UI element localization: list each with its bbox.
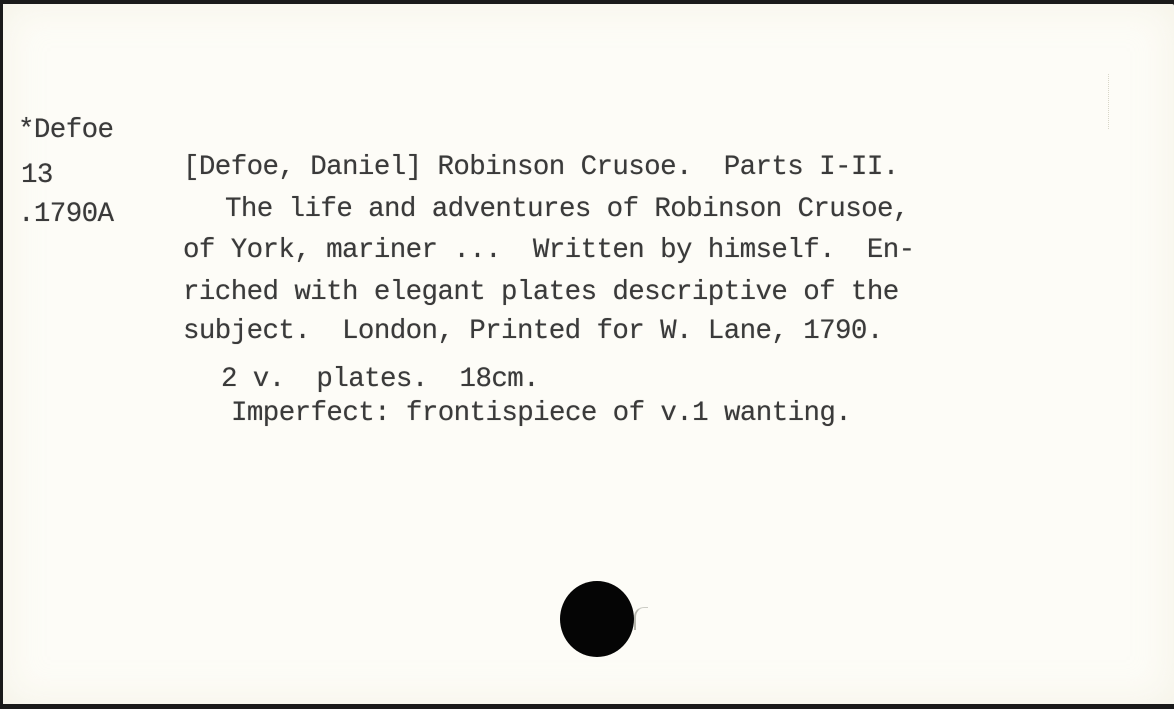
paper-mark (1108, 74, 1110, 129)
entry-title-line: The life and adventures of Robinson Crus… (225, 196, 909, 224)
call-number-line-cutter: .1790A (18, 201, 113, 229)
entry-heading-line: [Defoe, Daniel] Robinson Crusoe. Parts I… (183, 154, 899, 182)
entry-title-line: riched with elegant plates descriptive o… (183, 279, 899, 307)
entry-collation-line: 2 v. plates. 18cm. (221, 366, 539, 394)
hole-tear-mark (634, 607, 648, 630)
entry-imprint-line: subject. London, Printed for W. Lane, 17… (183, 318, 883, 346)
catalog-card: *Defoe 13 .1790A [Defoe, Daniel] Robinso… (3, 4, 1174, 704)
entry-note-line: Imperfect: frontispiece of v.1 wanting. (231, 400, 851, 428)
punch-hole-icon (560, 581, 634, 657)
entry-title-line: of York, mariner ... Written by himself.… (183, 237, 915, 265)
call-number-line-class: 13 (21, 162, 53, 190)
call-number-line-author: *Defoe (18, 117, 113, 145)
